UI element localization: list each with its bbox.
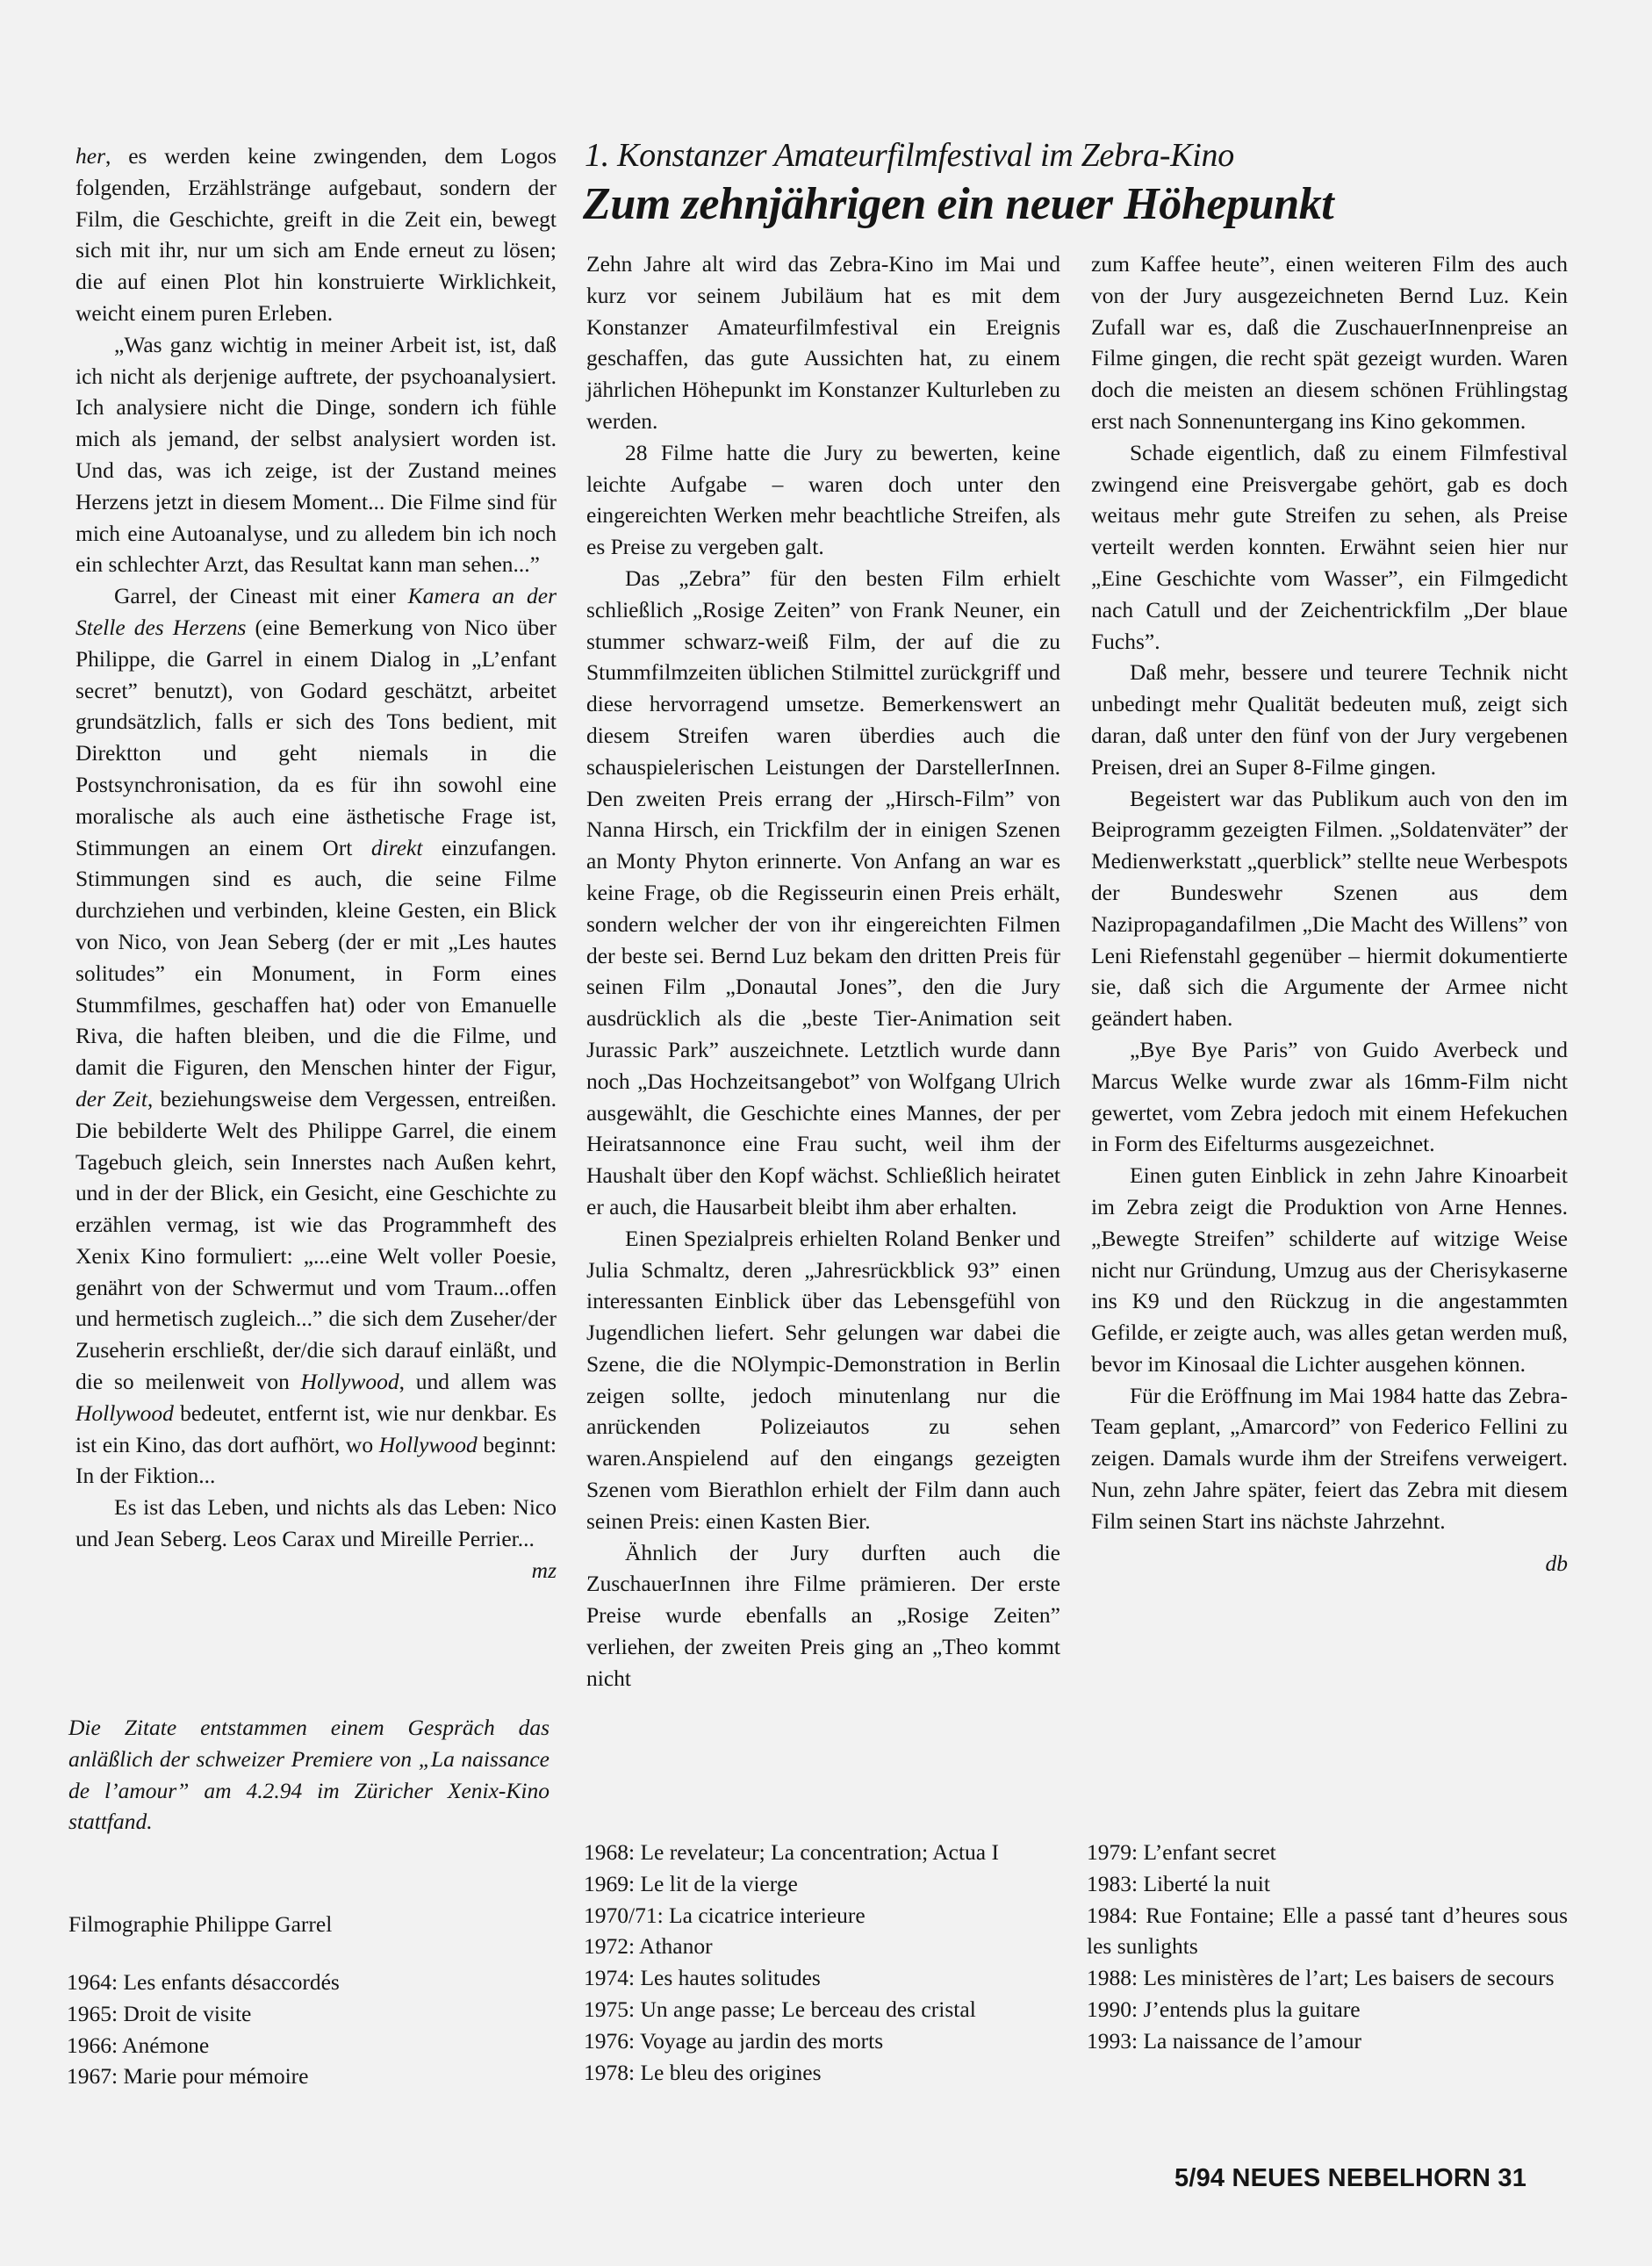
festival-article-column-2: zum Kaffee heute”, einen weiteren Film d… [1091, 248, 1568, 1579]
garrel-article-column: her, es werden keine zwingenden, dem Log… [75, 140, 557, 1586]
paragraph: Begeistert war das Publikum auch von den… [1091, 783, 1568, 1034]
list-item: 1967: Marie pour mémoire [67, 2061, 558, 2092]
list-item: 1979: L’enfant secret [1087, 1837, 1568, 1868]
author-signature: mz [493, 1555, 557, 1586]
paragraph: Schade eigentlich, daß zu einem Filmfest… [1091, 437, 1568, 658]
list-item: 1970/71: La cicatrice interieure [584, 1900, 1075, 1931]
paragraph: Daß mehr, bessere und teurere Technik ni… [1091, 657, 1568, 782]
list-item: 1978: Le bleu des origines [584, 2057, 1075, 2089]
paragraph: Zehn Jahre alt wird das Zebra-Kino im Ma… [586, 248, 1060, 437]
source-note: Die Zitate entstammen einem Gespräch das… [68, 1712, 549, 1838]
paragraph: her, es werden keine zwingenden, dem Log… [75, 140, 557, 329]
list-item: 1964: Les enfants désaccordés [67, 1967, 558, 1998]
paragraph: „Bye Bye Paris” von Guido Averbeck und M… [1091, 1034, 1568, 1160]
list-item: 1975: Un ange passe; Le berceau des cris… [584, 1994, 1075, 2025]
list-item: 1965: Droit de visite [67, 1998, 558, 2030]
filmography-list-3: 1979: L’enfant secret 1983: Liberté la n… [1087, 1837, 1568, 2057]
festival-article-column-1: Zehn Jahre alt wird das Zebra-Kino im Ma… [586, 248, 1060, 1694]
list-item: 1984: Rue Fontaine; Elle a passé tant d’… [1087, 1900, 1568, 1963]
paragraph: Garrel, der Cineast mit einer Kamera an … [75, 580, 557, 1492]
list-item: 1974: Les hautes solitudes [584, 1962, 1075, 1994]
list-item: 1993: La naissance de l’amour [1087, 2025, 1568, 2057]
paragraph: Einen guten Einblick in zehn Jahre Kinoa… [1091, 1160, 1568, 1380]
list-item: 1966: Anémone [67, 2030, 558, 2061]
closing-paragraph: Es ist das Leben, und nichts als das Leb… [75, 1492, 557, 1555]
paragraph: Für die Eröffnung im Mai 1984 hatte das … [1091, 1380, 1568, 1537]
list-item: 1988: Les ministères de l’art; Les baise… [1087, 1962, 1568, 1994]
filmography-title: Filmographie Philippe Garrel [68, 1909, 332, 1939]
paragraph: Das „Zebra” für den besten Film erhielt … [586, 563, 1060, 1223]
list-item: 1983: Liberté la nuit [1087, 1868, 1568, 1900]
article-kicker: 1. Konstanzer Amateurfilmfestival im Zeb… [585, 135, 1234, 176]
quote-paragraph: „Was ganz wichtig in meiner Arbeit ist, … [75, 329, 557, 580]
filmography-list-1: 1964: Les enfants désaccordés 1965: Droi… [67, 1967, 558, 2092]
paragraph: zum Kaffee heute”, einen weiteren Film d… [1091, 248, 1568, 437]
list-item: 1969: Le lit de la vierge [584, 1868, 1075, 1900]
author-signature: db [1091, 1548, 1568, 1579]
list-item: 1976: Voyage au jardin des morts [584, 2025, 1075, 2057]
paragraph: Ähnlich der Jury durften auch die Zuscha… [586, 1537, 1060, 1694]
paragraph: Einen Spezialpreis erhielten Roland Benk… [586, 1223, 1060, 1537]
italic-fragment: her [75, 143, 105, 169]
page-footer: 5/94 NEUES NEBELHORN 31 [1174, 2164, 1526, 2193]
article-headline: Zum zehnjährigen ein neuer Höhepunkt [583, 176, 1333, 234]
list-item: 1990: J’entends plus la guitare [1087, 1994, 1568, 2025]
list-item: 1968: Le revelateur; La concentration; A… [584, 1837, 1075, 1868]
paragraph: 28 Filme hatte die Jury zu bewerten, kei… [586, 437, 1060, 563]
filmography-list-2: 1968: Le revelateur; La concentration; A… [584, 1837, 1075, 2088]
list-item: 1972: Athanor [584, 1931, 1075, 1962]
